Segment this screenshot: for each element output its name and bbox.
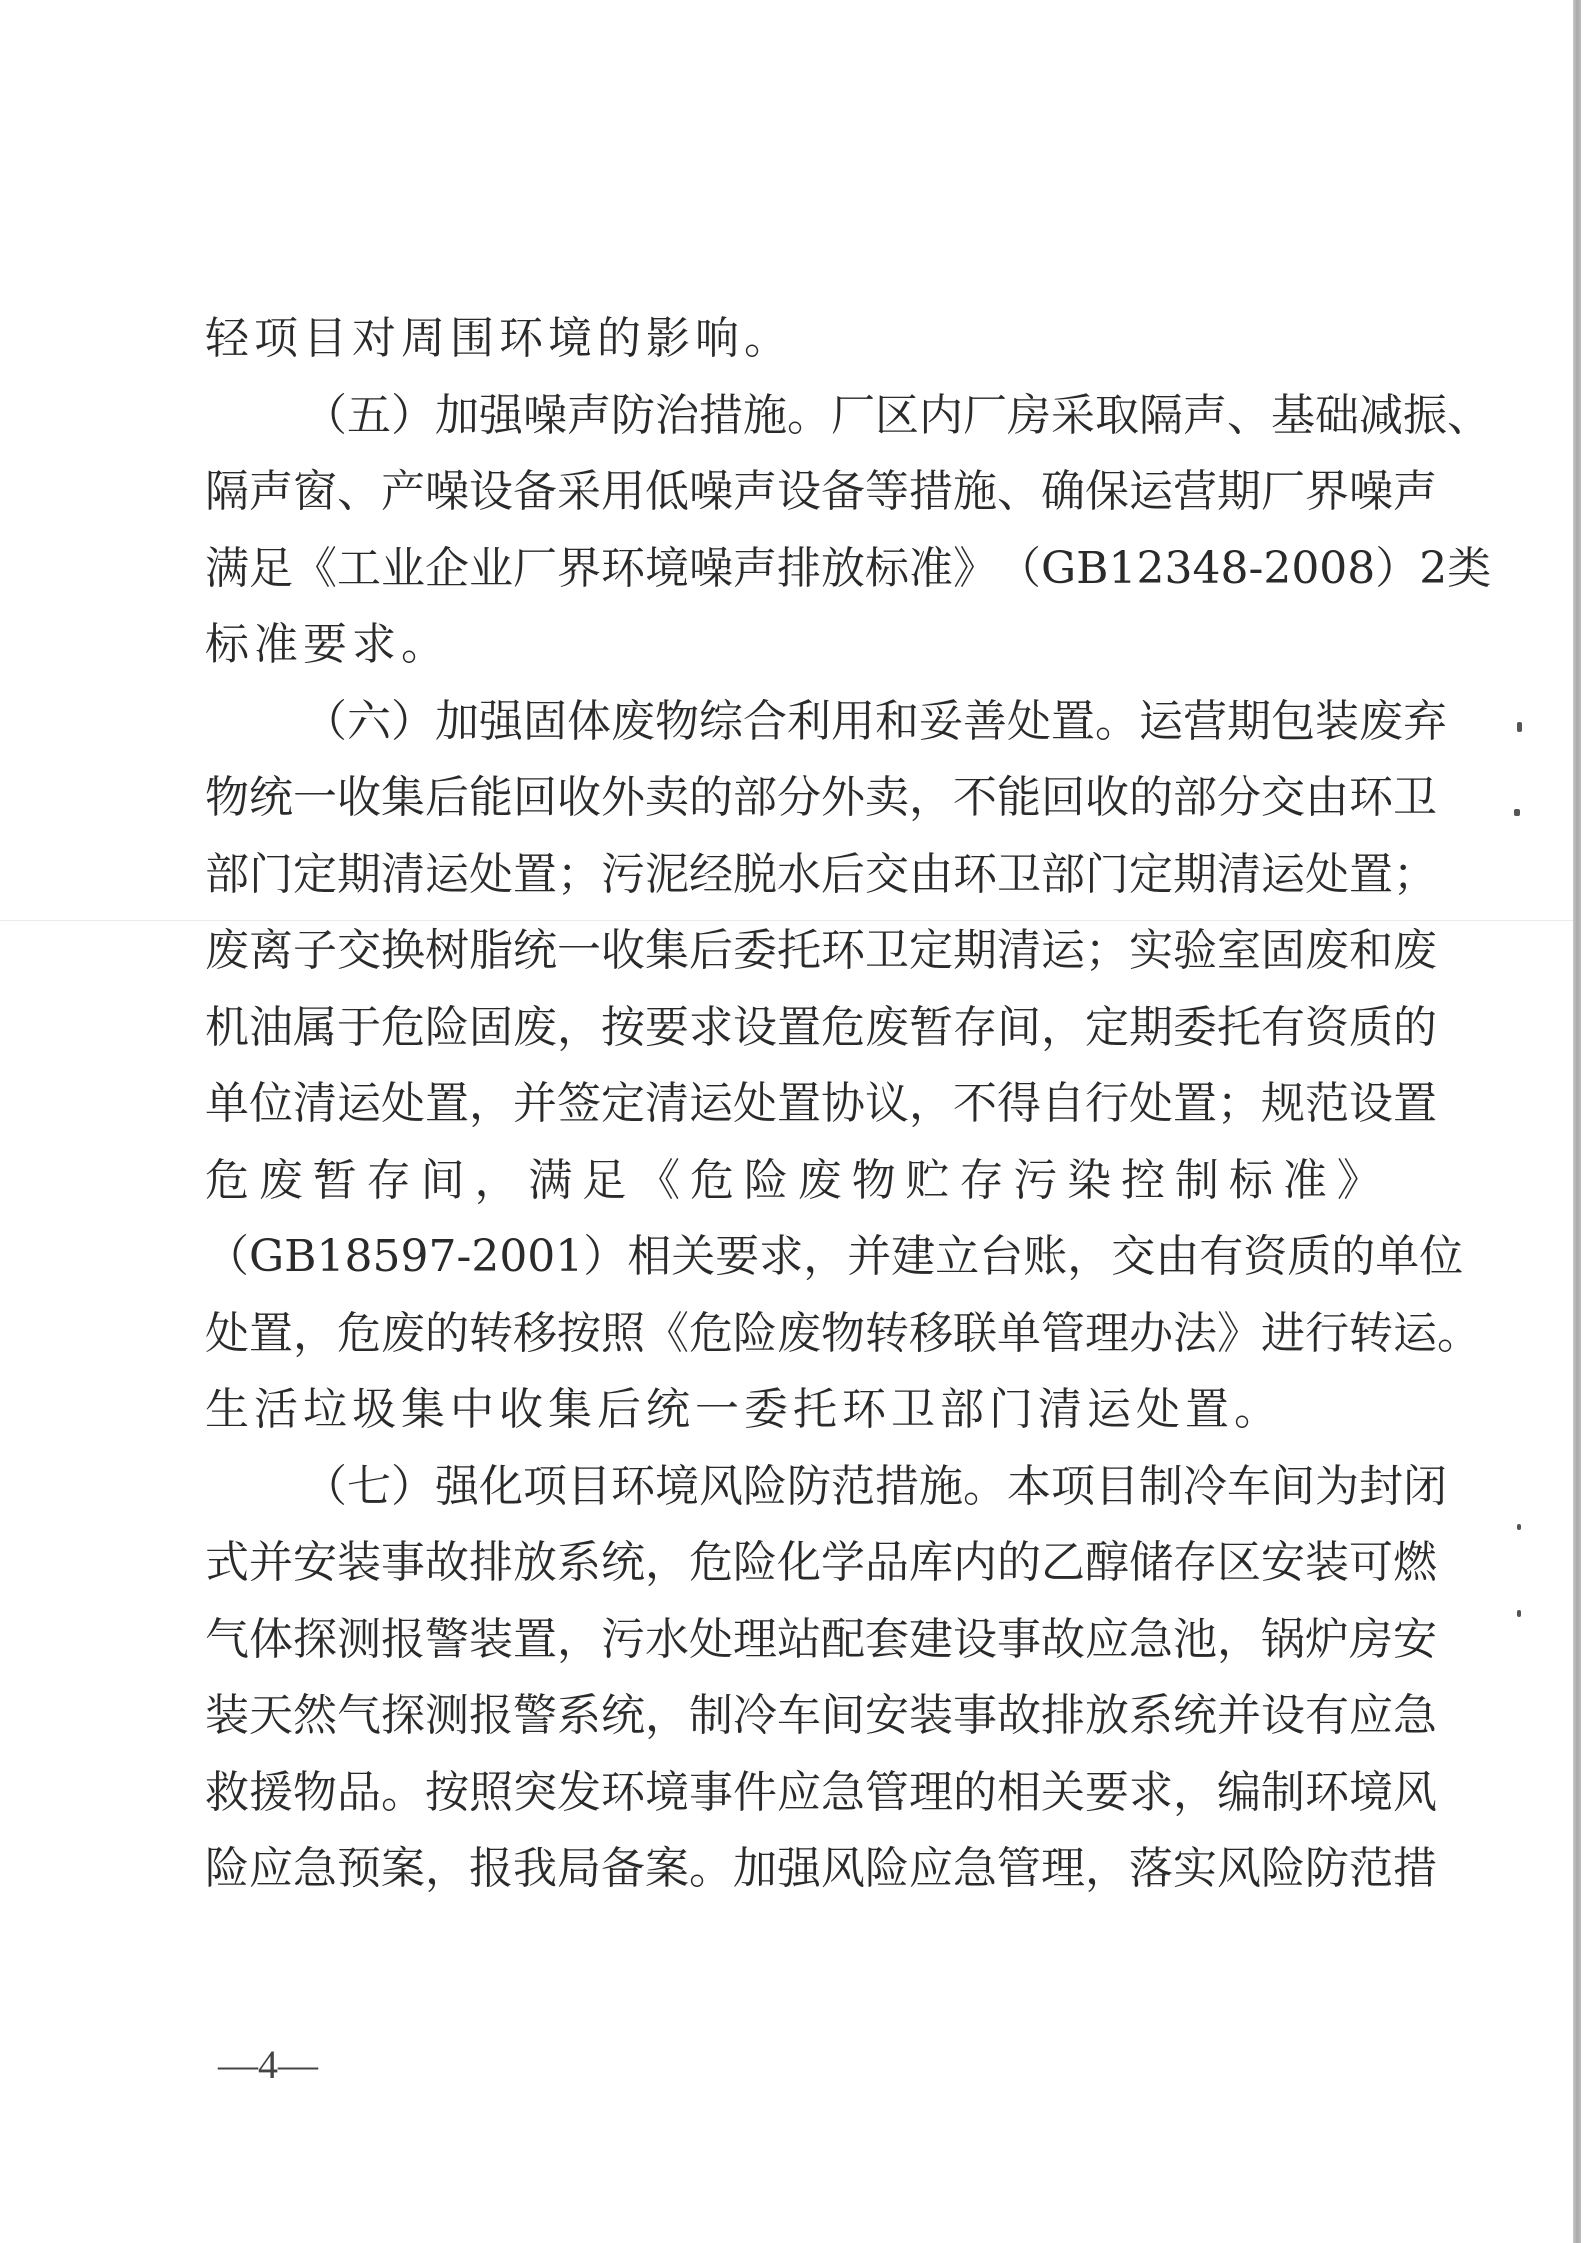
document-line: （GB18597-2001）相关要求，并建立台账，交由有资质的单位 bbox=[205, 1227, 1381, 1287]
document-line: 废离子交换树脂统一收集后委托环卫定期清运；实验室固废和废 bbox=[205, 921, 1381, 981]
document-line: 满足《工业企业厂界环境噪声排放标准》（GB12348-2008）2类 bbox=[205, 539, 1381, 599]
scan-speck bbox=[1514, 809, 1520, 816]
document-line: 式并安装事故排放系统，危险化学品库内的乙醇储存区安装可燃 bbox=[205, 1533, 1381, 1593]
document-line: 处置，危废的转移按照《危险废物转移联单管理办法》进行转运。 bbox=[205, 1304, 1381, 1364]
document-line: 物统一收集后能回收外卖的部分外卖，不能回收的部分交由环卫 bbox=[205, 768, 1381, 828]
document-line: 部门定期清运处置；污泥经脱水后交由环卫部门定期清运处置； bbox=[205, 845, 1381, 905]
document-line: 险应急预案，报我局备案。加强风险应急管理，落实风险防范措 bbox=[205, 1839, 1381, 1899]
document-line: 标准要求。 bbox=[205, 615, 450, 675]
document-line: 气体探测报警装置，污水处理站配套建设事故应急池，锅炉房安 bbox=[205, 1610, 1381, 1670]
document-line: 救援物品。按照突发环境事件应急管理的相关要求，编制环境风 bbox=[205, 1763, 1381, 1823]
page-number: —4— bbox=[218, 2040, 318, 2090]
document-line: （七）强化项目环境风险防范措施。本项目制冷车间为封闭 bbox=[303, 1457, 1381, 1517]
document-line: 机油属于危险固废，按要求设置危废暂存间，定期委托有资质的 bbox=[205, 998, 1381, 1058]
scan-speck bbox=[1517, 1610, 1521, 1617]
document-line: 单位清运处置，并签定清运处置协议，不得自行处置；规范设置 bbox=[205, 1074, 1381, 1134]
document-line: 隔声窗、产噪设备采用低噪声设备等措施、确保运营期厂界噪声 bbox=[205, 462, 1381, 522]
document-line: 生活垃圾集中收集后统一委托环卫部门清运处置。 bbox=[205, 1380, 1283, 1440]
document-line: 轻项目对周围环境的影响。 bbox=[205, 309, 793, 369]
document-line: 装天然气探测报警系统，制冷车间安装事故排放系统并设有应急 bbox=[205, 1686, 1381, 1746]
document-line: 危废暂存间，满足《危险废物贮存污染控制标准》 bbox=[205, 1151, 1381, 1211]
scan-speck bbox=[1517, 1524, 1521, 1530]
document-line: （六）加强固体废物综合利用和妥善处置。运营期包装废弃 bbox=[303, 692, 1381, 752]
scan-page-edge bbox=[1573, 0, 1581, 2243]
document-line: （五）加强噪声防治措施。厂区内厂房采取隔声、基础减振、 bbox=[303, 386, 1381, 446]
scan-speck bbox=[1517, 722, 1522, 732]
